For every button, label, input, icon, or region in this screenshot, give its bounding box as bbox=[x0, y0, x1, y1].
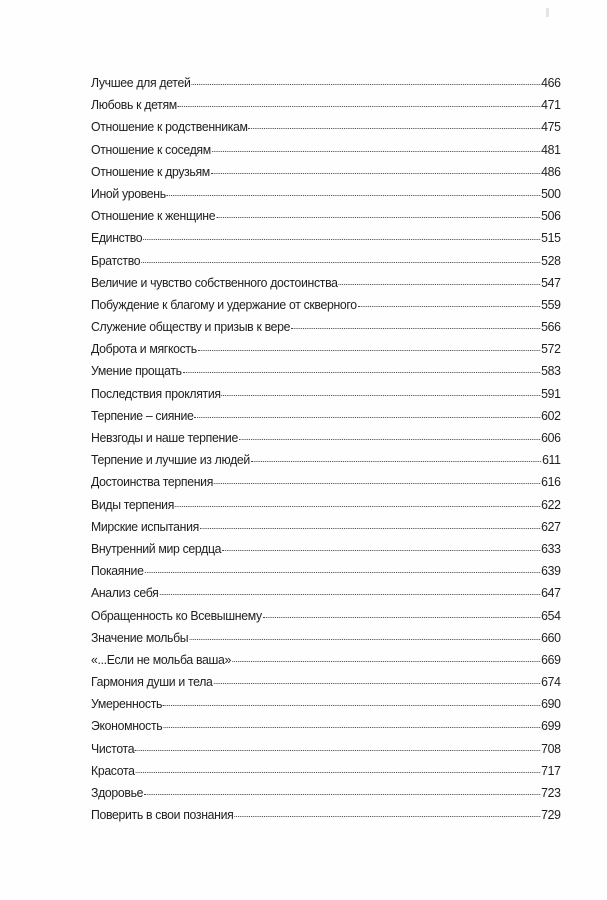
dot-leader bbox=[178, 105, 540, 107]
dot-leader bbox=[249, 127, 541, 129]
table-of-contents: Лучшее для детей 466 Любовь к детям 471 … bbox=[91, 72, 561, 826]
toc-entry-page-number: 669 bbox=[541, 649, 560, 671]
toc-entry-page-number: 583 bbox=[541, 360, 560, 382]
toc-entry-title: Покаяние bbox=[91, 560, 144, 582]
toc-entry-page-number: 466 bbox=[541, 72, 560, 94]
dot-leader bbox=[212, 150, 540, 152]
toc-entry[interactable]: Умение прощать 583 bbox=[91, 360, 561, 382]
toc-entry-title: Иной уровень bbox=[91, 183, 166, 205]
dot-leader bbox=[222, 394, 541, 396]
toc-entry-page-number: 674 bbox=[541, 671, 560, 693]
toc-entry-title: Братство bbox=[91, 250, 140, 272]
toc-entry[interactable]: Отношение к родственникам 475 bbox=[91, 116, 561, 138]
dot-leader bbox=[191, 83, 540, 85]
toc-entry[interactable]: Последствия проклятия 591 bbox=[91, 383, 561, 405]
toc-entry-page-number: 729 bbox=[541, 804, 560, 826]
dot-leader bbox=[216, 216, 540, 218]
dot-leader bbox=[143, 238, 540, 240]
toc-entry[interactable]: Отношение к соседям 481 bbox=[91, 139, 561, 161]
toc-entry[interactable]: Здоровье 723 bbox=[91, 782, 561, 804]
toc-entry-page-number: 639 bbox=[541, 560, 560, 582]
toc-entry-title: Обращенность ко Всевышнему bbox=[91, 605, 262, 627]
toc-entry-title: Побуждение к благому и удержание от скве… bbox=[91, 294, 357, 316]
toc-entry-title: Умеренность bbox=[91, 693, 162, 715]
dot-leader bbox=[211, 172, 540, 174]
toc-entry[interactable]: Братство 528 bbox=[91, 250, 561, 272]
toc-entry-page-number: 708 bbox=[541, 738, 560, 760]
toc-entry-title: Последствия проклятия bbox=[91, 383, 221, 405]
toc-entry-page-number: 699 bbox=[541, 715, 560, 737]
toc-entry[interactable]: Внутренний мир сердца 633 bbox=[91, 538, 561, 560]
toc-entry-page-number: 622 bbox=[541, 494, 560, 516]
toc-entry-page-number: 654 bbox=[541, 605, 560, 627]
toc-entry-title: Поверить в свои познания bbox=[91, 804, 233, 826]
dot-leader bbox=[163, 704, 540, 706]
dot-leader bbox=[183, 371, 541, 373]
toc-entry-page-number: 591 bbox=[541, 383, 560, 405]
toc-entry-page-number: 660 bbox=[541, 627, 560, 649]
toc-entry-page-number: 528 bbox=[541, 250, 560, 272]
toc-entry-page-number: 500 bbox=[541, 183, 560, 205]
toc-entry[interactable]: Служение обществу и призыв к вере 566 bbox=[91, 316, 561, 338]
toc-entry[interactable]: Гармония души и тела 674 bbox=[91, 671, 561, 693]
toc-entry[interactable]: Экономность 699 bbox=[91, 715, 561, 737]
toc-entry[interactable]: Мирские испытания 627 bbox=[91, 516, 561, 538]
toc-entry[interactable]: Красота 717 bbox=[91, 760, 561, 782]
book-page: Лучшее для детей 466 Любовь к детям 471 … bbox=[0, 0, 607, 900]
dot-leader bbox=[234, 815, 540, 817]
dot-leader bbox=[135, 749, 540, 751]
toc-entry-title: Любовь к детям bbox=[91, 94, 177, 116]
toc-entry-title: Анализ себя bbox=[91, 582, 158, 604]
dot-leader bbox=[175, 505, 540, 507]
toc-entry-title: Отношение к женщине bbox=[91, 205, 215, 227]
toc-entry-title: Единство bbox=[91, 227, 142, 249]
toc-entry-page-number: 572 bbox=[541, 338, 560, 360]
toc-entry-page-number: 481 bbox=[541, 139, 560, 161]
dot-leader bbox=[232, 660, 540, 662]
toc-entry[interactable]: Отношение к друзьям 486 bbox=[91, 161, 561, 183]
toc-entry-title: Чистота bbox=[91, 738, 134, 760]
toc-entry-page-number: 486 bbox=[541, 161, 560, 183]
toc-entry[interactable]: Отношение к женщине 506 bbox=[91, 205, 561, 227]
toc-entry-page-number: 723 bbox=[541, 782, 560, 804]
toc-entry-title: Внутренний мир сердца bbox=[91, 538, 221, 560]
toc-entry[interactable]: Терпение и лучшие из людей 611 bbox=[91, 449, 561, 471]
toc-entry[interactable]: Достоинства терпения 616 bbox=[91, 471, 561, 493]
toc-entry-page-number: 506 bbox=[541, 205, 560, 227]
toc-entry[interactable]: Любовь к детям 471 bbox=[91, 94, 561, 116]
toc-entry-page-number: 627 bbox=[541, 516, 560, 538]
dot-leader bbox=[145, 571, 541, 573]
toc-entry[interactable]: «...Если не мольба ваша» 669 bbox=[91, 649, 561, 671]
toc-entry-title: Красота bbox=[91, 760, 135, 782]
toc-entry-title: Отношение к друзьям bbox=[91, 161, 210, 183]
dot-leader bbox=[358, 305, 541, 307]
toc-entry-page-number: 559 bbox=[541, 294, 560, 316]
toc-entry-title: Служение обществу и призыв к вере bbox=[91, 316, 290, 338]
dot-leader bbox=[213, 682, 540, 684]
toc-entry[interactable]: Чистота 708 bbox=[91, 738, 561, 760]
toc-entry[interactable]: Виды терпения 622 bbox=[91, 494, 561, 516]
toc-entry-title: Экономность bbox=[91, 715, 162, 737]
dot-leader bbox=[251, 460, 541, 462]
toc-entry[interactable]: Невзгоды и наше терпение 606 bbox=[91, 427, 561, 449]
toc-entry-page-number: 515 bbox=[541, 227, 560, 249]
dot-leader bbox=[159, 593, 540, 595]
dot-leader bbox=[239, 438, 540, 440]
toc-entry-title: Лучшее для детей bbox=[91, 72, 190, 94]
toc-entry-page-number: 611 bbox=[542, 449, 561, 471]
dot-leader bbox=[214, 482, 540, 484]
toc-entry[interactable]: Единство 515 bbox=[91, 227, 561, 249]
toc-entry-title: Терпение – сияние bbox=[91, 405, 194, 427]
dot-leader bbox=[198, 349, 541, 351]
toc-entry-title: «...Если не мольба ваша» bbox=[91, 649, 231, 671]
toc-entry[interactable]: Терпение – сияние 602 bbox=[91, 405, 561, 427]
toc-entry-title: Умение прощать bbox=[91, 360, 182, 382]
toc-entry-page-number: 547 bbox=[541, 272, 560, 294]
toc-entry-page-number: 475 bbox=[541, 116, 560, 138]
toc-entry-title: Достоинства терпения bbox=[91, 471, 213, 493]
dot-leader bbox=[136, 771, 541, 773]
toc-entry[interactable]: Обращенность ко Всевышнему 654 bbox=[91, 605, 561, 627]
dot-leader bbox=[222, 549, 540, 551]
toc-entry-title: Виды терпения bbox=[91, 494, 174, 516]
toc-entry[interactable]: Значение мольбы 660 bbox=[91, 627, 561, 649]
toc-entry-page-number: 471 bbox=[541, 94, 560, 116]
toc-entry-title: Гармония души и тела bbox=[91, 671, 213, 693]
toc-entry-title: Здоровье bbox=[91, 782, 143, 804]
dot-leader bbox=[189, 638, 540, 640]
toc-entry-page-number: 602 bbox=[541, 405, 560, 427]
toc-entry[interactable]: Величие и чувство собственного достоинст… bbox=[91, 272, 561, 294]
toc-entry[interactable]: Покаяние 639 bbox=[91, 560, 561, 582]
dot-leader bbox=[200, 527, 540, 529]
page-corner-mark bbox=[546, 8, 549, 17]
dot-leader bbox=[167, 194, 541, 196]
toc-entry-title: Значение мольбы bbox=[91, 627, 188, 649]
toc-entry-page-number: 717 bbox=[541, 760, 560, 782]
toc-entry-page-number: 647 bbox=[541, 582, 560, 604]
toc-entry[interactable]: Доброта и мягкость 572 bbox=[91, 338, 561, 360]
toc-entry[interactable]: Умеренность 690 bbox=[91, 693, 561, 715]
dot-leader bbox=[339, 283, 541, 285]
dot-leader bbox=[141, 261, 540, 263]
dot-leader bbox=[144, 793, 540, 795]
toc-entry-page-number: 566 bbox=[541, 316, 560, 338]
toc-entry[interactable]: Побуждение к благому и удержание от скве… bbox=[91, 294, 561, 316]
toc-entry-page-number: 606 bbox=[541, 427, 560, 449]
dot-leader bbox=[163, 726, 540, 728]
dot-leader bbox=[291, 327, 540, 329]
toc-entry[interactable]: Анализ себя 647 bbox=[91, 582, 561, 604]
toc-entry-title: Доброта и мягкость bbox=[91, 338, 197, 360]
toc-entry-title: Невзгоды и наше терпение bbox=[91, 427, 238, 449]
toc-entry-page-number: 690 bbox=[541, 693, 560, 715]
dot-leader bbox=[263, 616, 541, 618]
toc-entry-page-number: 616 bbox=[541, 471, 560, 493]
dot-leader bbox=[194, 416, 540, 418]
toc-entry-title: Отношение к родственникам bbox=[91, 116, 248, 138]
toc-entry-title: Терпение и лучшие из людей bbox=[91, 449, 250, 471]
toc-entry-page-number: 633 bbox=[541, 538, 560, 560]
toc-entry-title: Величие и чувство собственного достоинст… bbox=[91, 272, 338, 294]
toc-entry-title: Отношение к соседям bbox=[91, 139, 211, 161]
toc-entry-title: Мирские испытания bbox=[91, 516, 199, 538]
toc-entry[interactable]: Иной уровень 500 bbox=[91, 183, 561, 205]
toc-entry[interactable]: Лучшее для детей 466 bbox=[91, 72, 561, 94]
toc-entry[interactable]: Поверить в свои познания 729 bbox=[91, 804, 561, 826]
